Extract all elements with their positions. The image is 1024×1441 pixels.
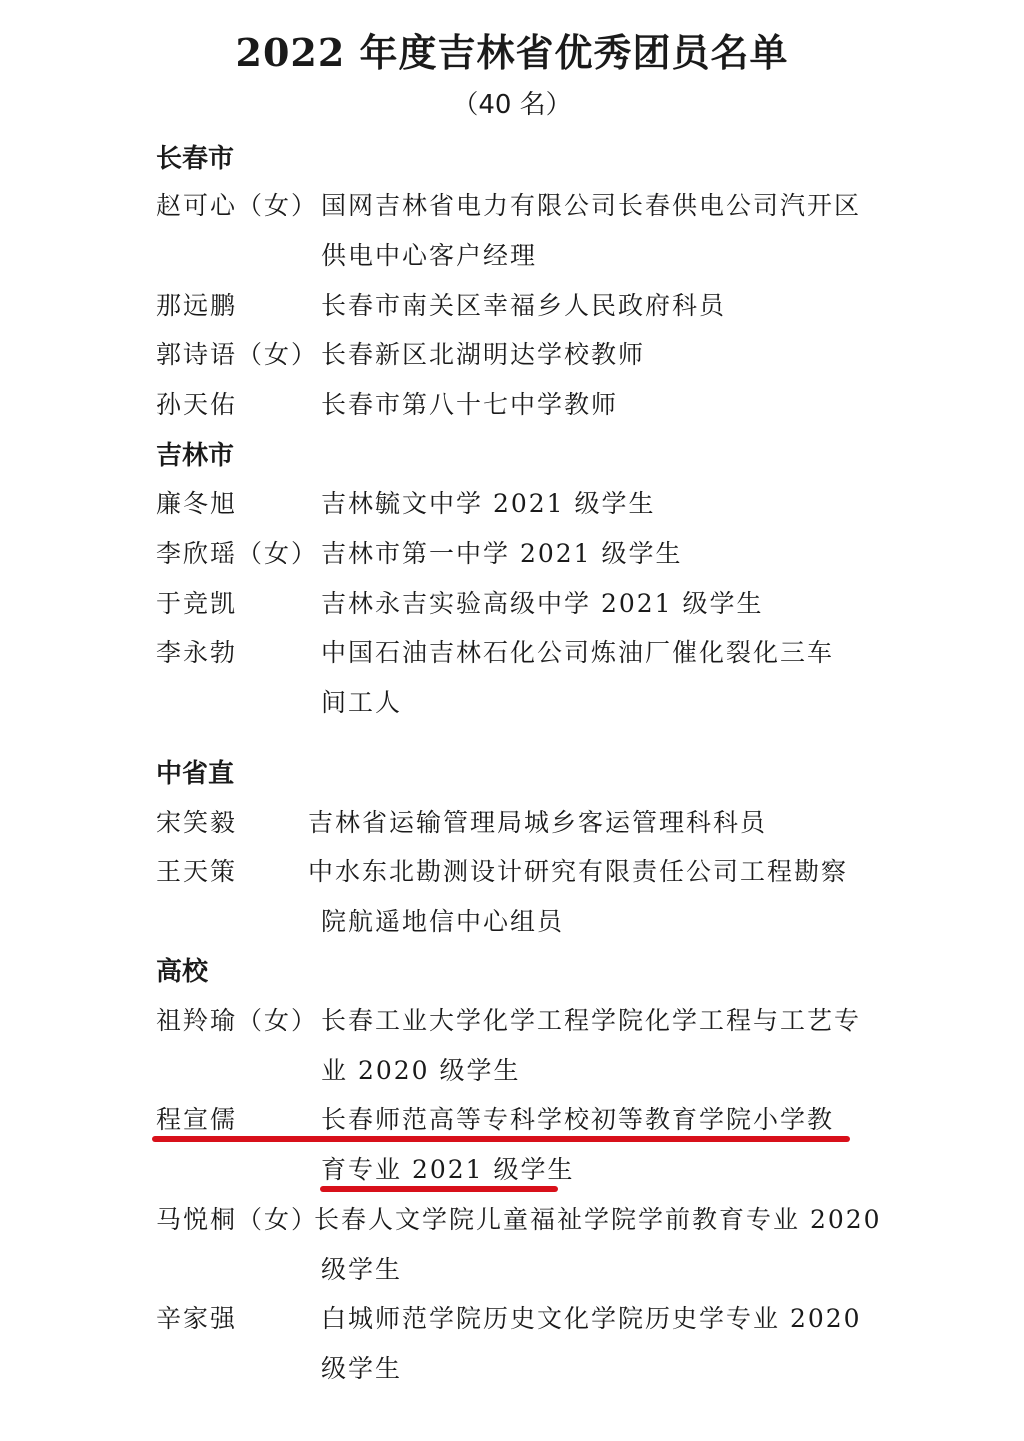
member-affiliation-cont: 院航遥地信中心组员 bbox=[321, 902, 564, 938]
member-affiliation: 吉林市第一中学 2021 级学生 bbox=[321, 534, 683, 570]
member-affiliation-cont: 级学生 bbox=[321, 1349, 402, 1385]
member-name: 李永勃 bbox=[156, 633, 237, 669]
member-name: 那远鹏 bbox=[156, 286, 237, 322]
red-underline-highlight bbox=[320, 1186, 558, 1192]
member-affiliation: 长春新区北湖明达学校教师 bbox=[321, 335, 645, 371]
member-affiliation: 国网吉林省电力有限公司长春供电公司汽开区 bbox=[321, 186, 861, 222]
member-affiliation: 吉林省运输管理局城乡客运管理科科员 bbox=[308, 803, 767, 839]
member-name: 王天策 bbox=[156, 852, 237, 888]
member-affiliation-cont: 级学生 bbox=[321, 1250, 402, 1286]
red-underline-highlight bbox=[152, 1136, 850, 1142]
section-heading-provincial: 中省直 bbox=[156, 753, 234, 790]
section-heading-changchun: 长春市 bbox=[156, 138, 234, 175]
member-affiliation: 中水东北勘测设计研究有限责任公司工程勘察 bbox=[308, 852, 848, 888]
member-name: 宋笑毅 bbox=[156, 803, 237, 839]
member-affiliation: 白城师范学院历史文化学院历史学专业 2020 bbox=[321, 1299, 862, 1335]
document-subtitle: （40 名） bbox=[0, 84, 1024, 121]
member-name: 马悦桐（女） bbox=[156, 1200, 318, 1236]
member-affiliation: 吉林永吉实验高级中学 2021 级学生 bbox=[321, 584, 764, 620]
member-affiliation-cont: 业 2020 级学生 bbox=[321, 1051, 521, 1087]
member-name: 郭诗语（女） bbox=[156, 335, 318, 371]
document-title: 2022 年度吉林省优秀团员名单 bbox=[0, 22, 1024, 77]
member-name: 程宣儒 bbox=[156, 1100, 237, 1136]
member-name: 李欣瑶（女） bbox=[156, 534, 318, 570]
section-heading-jilin: 吉林市 bbox=[156, 435, 234, 472]
member-name: 祖羚瑜（女） bbox=[156, 1001, 318, 1037]
member-affiliation: 吉林毓文中学 2021 级学生 bbox=[321, 484, 656, 520]
member-name: 廉冬旭 bbox=[156, 484, 237, 520]
member-name: 孙天佑 bbox=[156, 385, 237, 421]
member-affiliation: 长春工业大学化学工程学院化学工程与工艺专 bbox=[321, 1001, 861, 1037]
member-name: 赵可心（女） bbox=[156, 186, 318, 222]
member-name: 于竞凯 bbox=[156, 584, 237, 620]
member-affiliation: 长春市第八十七中学教师 bbox=[321, 385, 618, 421]
member-affiliation: 中国石油吉林石化公司炼油厂催化裂化三车 bbox=[321, 633, 834, 669]
member-affiliation-cont: 育专业 2021 级学生 bbox=[321, 1150, 575, 1186]
member-affiliation-cont: 供电中心客户经理 bbox=[321, 236, 537, 272]
section-heading-universities: 高校 bbox=[156, 951, 208, 988]
member-name: 辛家强 bbox=[156, 1299, 237, 1335]
member-affiliation: 长春师范高等专科学校初等教育学院小学教 bbox=[321, 1100, 834, 1136]
member-affiliation: 长春市南关区幸福乡人民政府科员 bbox=[321, 286, 726, 322]
member-affiliation: 长春人文学院儿童福祉学院学前教育专业 2020 bbox=[314, 1200, 882, 1236]
member-affiliation-cont: 间工人 bbox=[321, 683, 402, 719]
